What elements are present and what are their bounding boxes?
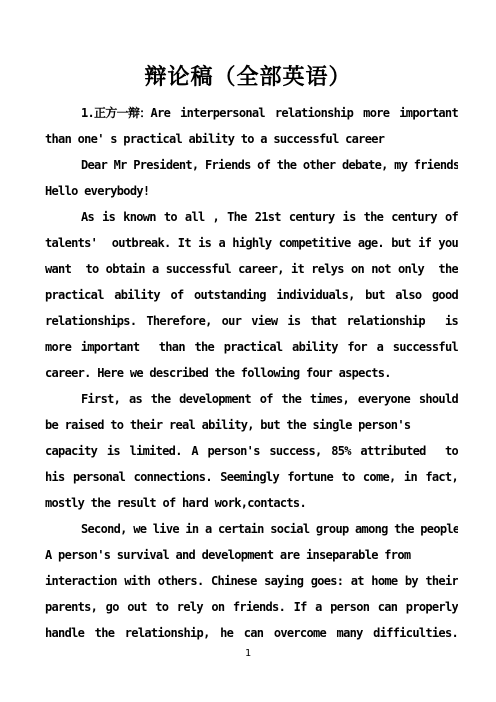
document-title: 辩论稿（全部英语） [0, 60, 496, 94]
text-line: parents, go out to rely on friends. If a… [45, 594, 458, 620]
text-line: his personal connections. Seemingly fort… [45, 464, 458, 490]
text-line-content: talents' outbreak. It is a highly compet… [45, 236, 458, 250]
text-line: career. Here we described the following … [45, 360, 458, 386]
text-line: As is known to all , The 21st century is… [45, 204, 458, 230]
text-line-content: Second, we live in a certain social grou… [81, 522, 458, 536]
text-line-content: parents, go out to rely on friends. If a… [45, 600, 458, 614]
text-line-content: As is known to all , The 21st century is… [81, 210, 458, 224]
text-line: want to obtain a successful career, it r… [45, 256, 458, 282]
text-line: practical ability of outstanding individ… [45, 282, 458, 308]
text-line-content: Dear Mr President, Friends of the other … [81, 158, 458, 172]
text-line-content: want to obtain a successful career, it r… [45, 262, 458, 276]
page-number: 1 [0, 644, 496, 664]
text-line: Second, we live in a certain social grou… [45, 516, 458, 542]
text-line-content: practical ability of outstanding individ… [45, 288, 458, 302]
text-line-content: 1.正方一辩：Are interpersonal relationship mo… [81, 106, 458, 120]
text-line-content: A person's survival and development are … [45, 548, 410, 562]
document-body: 1.正方一辩：Are interpersonal relationship mo… [45, 100, 458, 646]
text-line: relationships. Therefore, our view is th… [45, 308, 458, 334]
text-line: more important than the practical abilit… [45, 334, 458, 360]
text-line: 1.正方一辩：Are interpersonal relationship mo… [45, 100, 458, 126]
text-line: Dear Mr President, Friends of the other … [45, 152, 458, 178]
text-line: capacity is limited. A person's success,… [45, 438, 458, 464]
text-line: be raised to their real ability, but the… [45, 412, 458, 438]
text-line: talents' outbreak. It is a highly compet… [45, 230, 458, 256]
text-line-content: Hello everybody! [45, 184, 149, 198]
text-line-content: more important than the practical abilit… [45, 340, 458, 354]
text-line: mostly the result of hard work,contacts. [45, 490, 458, 516]
text-line: handle the relationship, he can overcome… [45, 620, 458, 646]
text-line-content: than one' s practical ability to a succe… [45, 132, 384, 146]
text-line-content: be raised to their real ability, but the… [45, 418, 410, 432]
text-line: Hello everybody! [45, 178, 458, 204]
text-line: First, as the development of the times, … [45, 386, 458, 412]
text-line: than one' s practical ability to a succe… [45, 126, 458, 152]
text-line-content: mostly the result of hard work,contacts. [45, 496, 306, 510]
text-line-content: handle the relationship, he can overcome… [45, 626, 458, 640]
text-line-content: interaction with others. Chinese saying … [45, 574, 458, 588]
text-line-content: First, as the development of the times, … [81, 392, 458, 406]
text-line-content: relationships. Therefore, our view is th… [45, 314, 458, 328]
text-line-content: capacity is limited. A person's success,… [45, 444, 458, 458]
document-page: 辩论稿（全部英语） 1.正方一辩：Are interpersonal relat… [0, 0, 496, 702]
text-line: interaction with others. Chinese saying … [45, 568, 458, 594]
text-line: A person's survival and development are … [45, 542, 458, 568]
text-line-content: his personal connections. Seemingly fort… [45, 470, 458, 484]
text-line-content: career. Here we described the following … [45, 366, 391, 380]
